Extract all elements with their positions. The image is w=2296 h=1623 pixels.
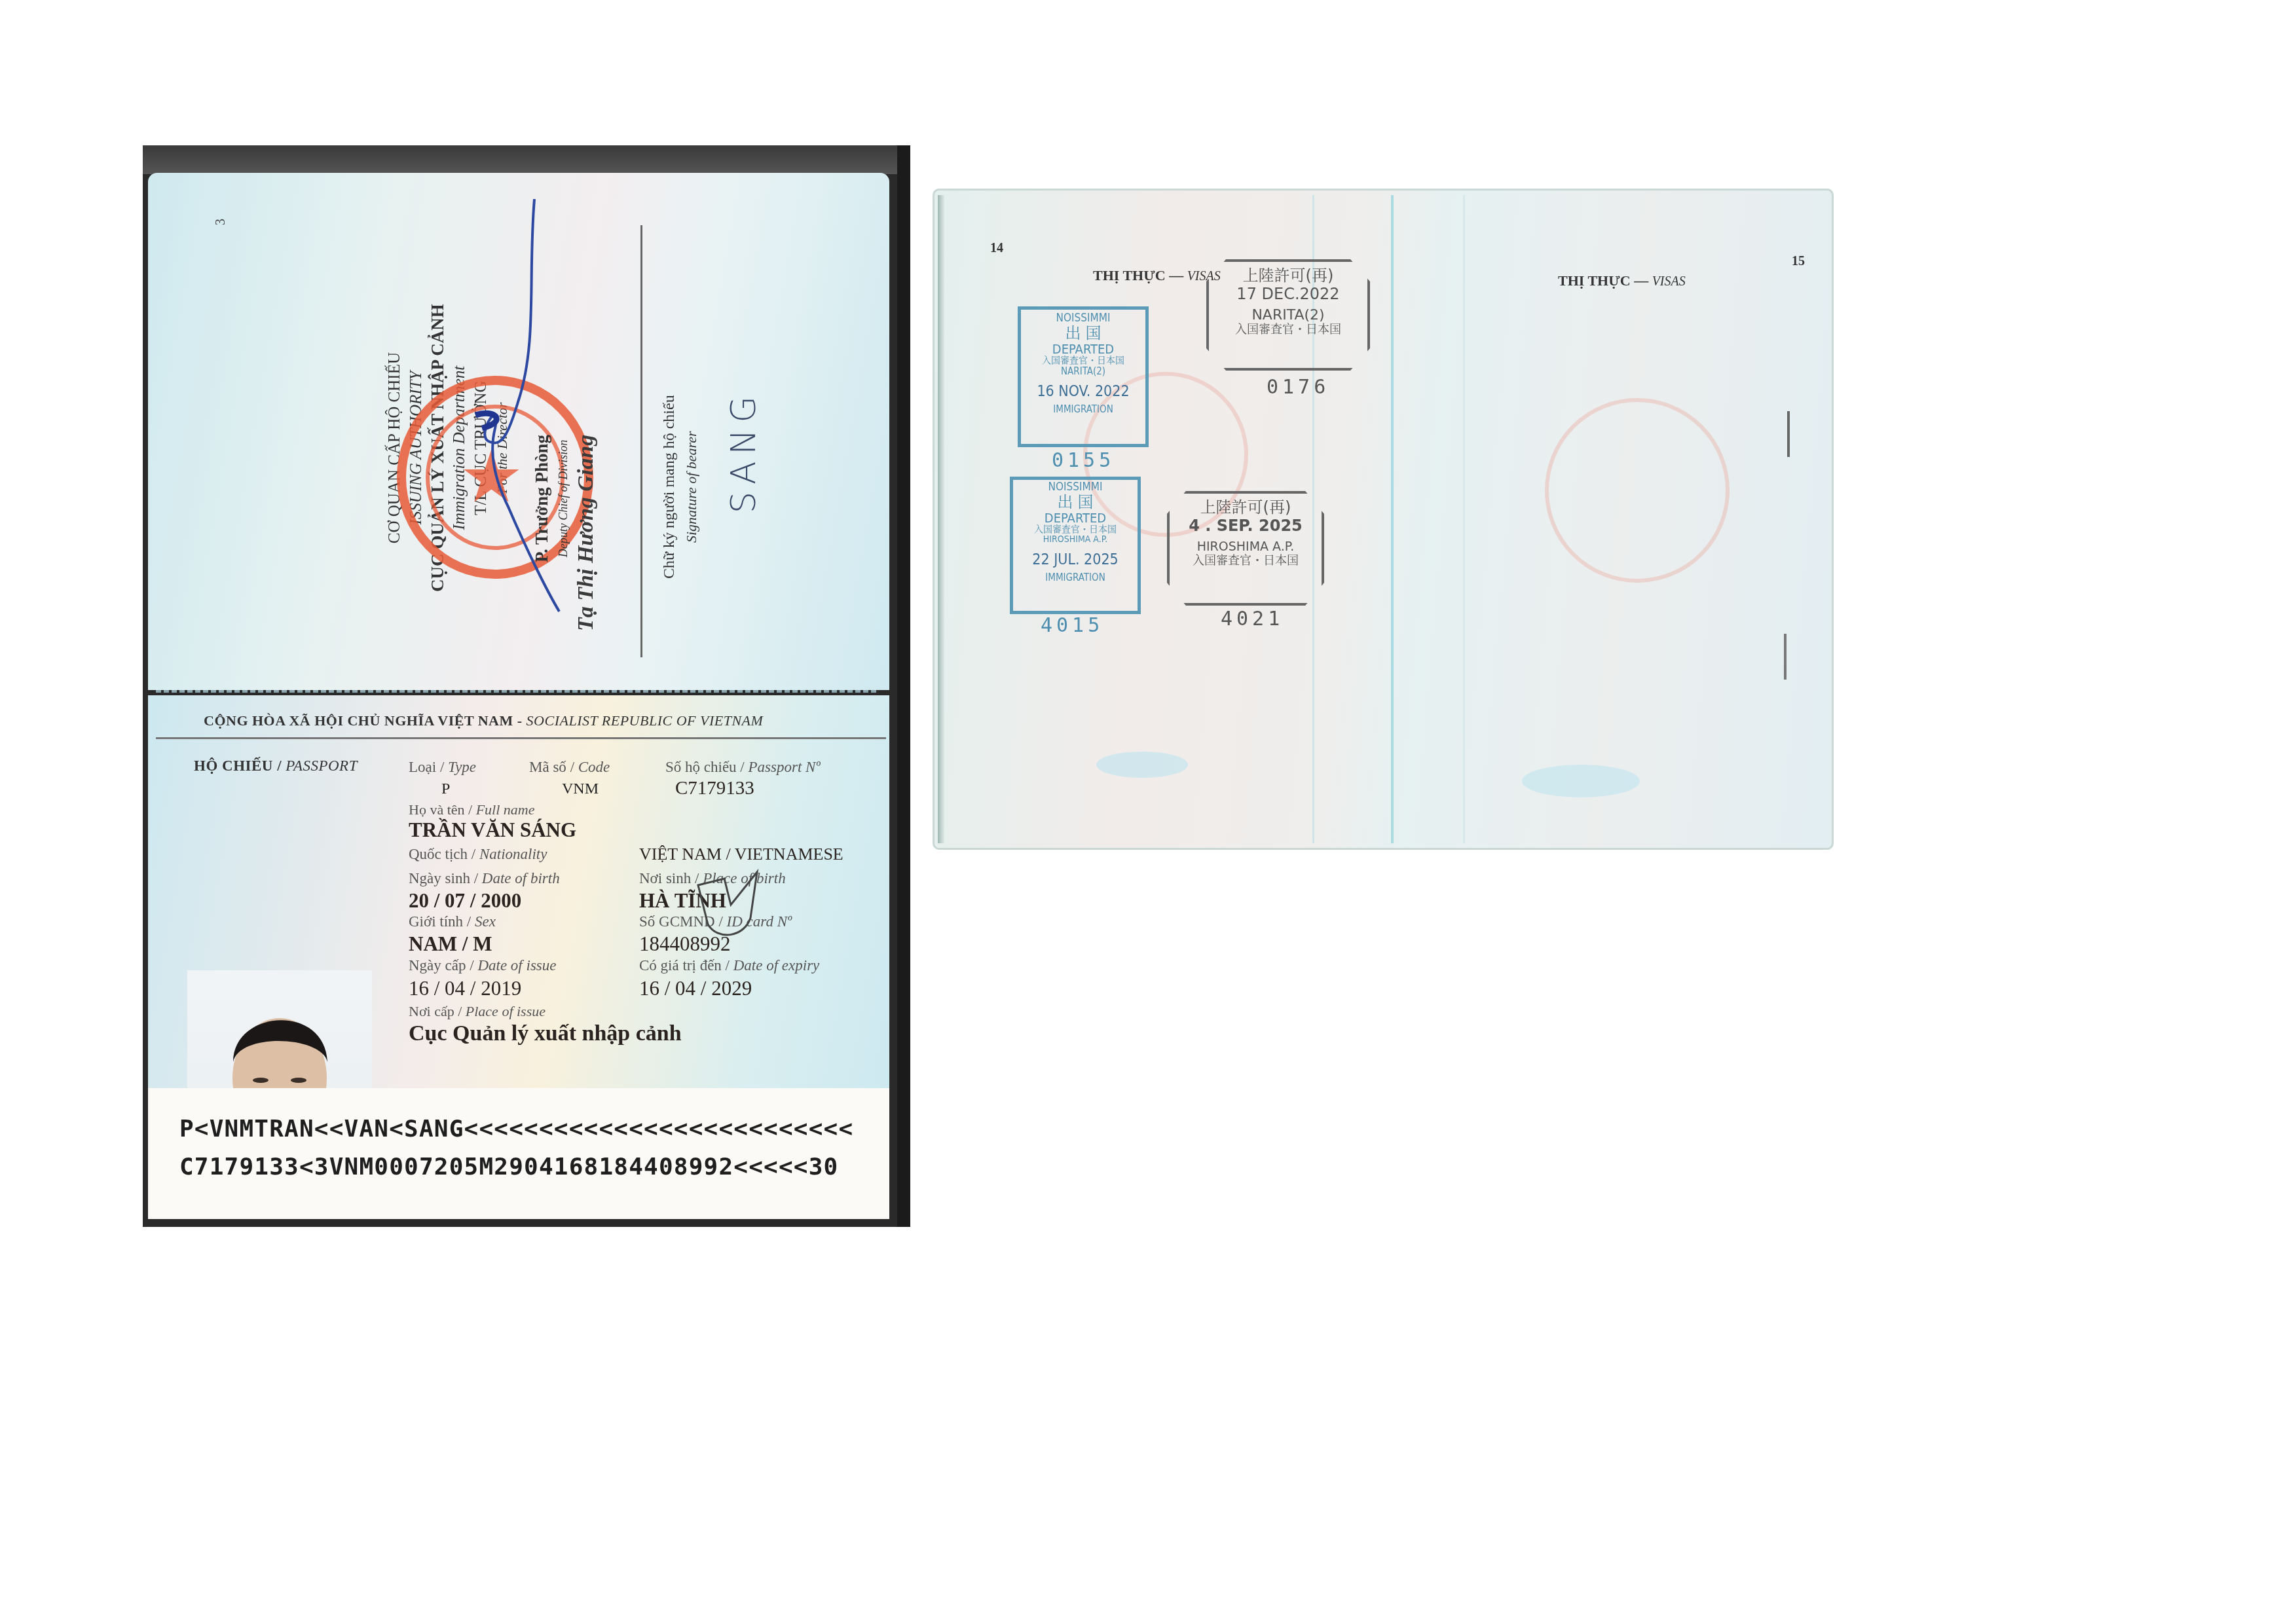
passport-no-label: Số hộ chiếu / Passport Nº [665,759,821,776]
page-fold-line [1463,195,1465,843]
stamp-number: 0176 [1267,376,1329,399]
landing-permission-stamp-hiroshima: 上陸許可(再) 4 . SEP. 2025 HIROSHIMA A.P. 入国審… [1167,491,1324,606]
dove-watermark-icon [685,859,777,951]
bearer-signature: SANG [724,390,764,513]
landing-permission-stamp-narita: 上陸許可(再) 17 DEC.2022 NARITA(2) 入国審査官・日本国 [1206,259,1370,371]
type-value: P [441,780,450,798]
sex-label-en: Sex [475,913,496,930]
visa-title-vi: THỊ THỰC [1558,272,1631,289]
stamp-line: HIROSHIMA A.P. [1013,535,1138,545]
stamp-line: 入国審査官・日本国 [1021,356,1145,366]
country-header-en: SOCIALIST REPUBLIC OF VIETNAM [527,712,764,729]
expiry-date-label-vi: Có giá trị đến [639,957,722,974]
stamp-line: 入国審査官・日本国 [1209,323,1367,337]
stamp-line: 出 国 [1021,325,1145,342]
sex-label: Giới tính / Sex [409,913,496,930]
place-of-issue-label-en: Place of issue [466,1003,546,1019]
full-name-label-en: Full name [476,801,535,818]
place-of-issue: Cục Quản lý xuất nhập cảnh [409,1021,682,1046]
stamp-line: 入国審査官・日本国 [1013,525,1138,535]
perforation-line [156,690,876,693]
page-mark [1784,634,1787,680]
nationality-label-en: Nationality [479,846,547,862]
stamp-date: 16 NOV. 2022 [1021,384,1145,400]
stamp-line: HIROSHIMA A.P. [1170,540,1322,555]
code-label-en: Code [578,759,610,775]
code-label: Mã số / Code [529,759,610,776]
stamp-number: 0155 [1052,449,1115,472]
dob-label-vi: Ngày sinh [409,870,470,886]
date-of-birth: 20 / 07 / 2000 [409,889,521,913]
stamp-line: DEPARTED [1013,511,1138,525]
type-label-en: Type [448,759,476,775]
country-header-separator: - [513,712,527,729]
bearer-signature-label-vi: Chữ ký người mang hộ chiếu [659,395,680,579]
sex: NAM / M [409,932,492,956]
page-number: 3 [213,219,229,225]
passport-no-label-en: Passport Nº [749,759,821,775]
scan-top-edge [143,145,910,174]
visa-title-separator: — [1631,272,1652,289]
date-of-issue: 16 / 04 / 2019 [409,977,521,1000]
cloud-watermark [1522,765,1640,797]
header-rule [156,737,886,739]
national-emblem-watermark [1545,398,1730,583]
place-of-issue-label: Nơi cấp / Place of issue [409,1003,546,1020]
passport-number: C7179133 [675,778,754,799]
stamp-line: 入国審査官・日本国 [1170,555,1322,568]
stamp-line: NARITA(2) [1209,307,1367,323]
country-header-vi: CỘNG HÒA XÃ HỘI CHỦ NGHĨA VIỆT NAM [204,712,513,729]
expiry-date-label: Có giá trị đến / Date of expiry [639,957,819,974]
visa-title-vi: THỊ THỰC [1093,267,1166,283]
mrz-zone: P<VNMTRAN<<VAN<SANG<<<<<<<<<<<<<<<<<<<<<… [148,1088,889,1219]
passport-visa-pages-scan: 14 THỊ THỰC — VISAS NOISSIMMI 出 国 DEPART… [933,189,1834,850]
stamp-line: NARITA(2) [1021,366,1145,377]
visa-page-title-left: THỊ THỰC — VISAS [1093,267,1221,284]
mrz-line-2: C7179133<3VNM0007205M2904168184408992<<<… [179,1154,838,1180]
stamp-line: 上陸許可(再) [1170,499,1322,517]
visa-title-en: VISAS [1652,274,1686,289]
issue-date-label-vi: Ngày cấp [409,957,466,974]
full-name-label-vi: Họ và tên [409,801,465,818]
dob-label: Ngày sinh / Date of birth [409,870,560,887]
expiry-date-label-en: Date of expiry [733,957,820,974]
full-name: TRẦN VĂN SÁNG [409,818,576,842]
document-title-vi: HỘ CHIẾU [194,757,273,774]
stamp-number: 4015 [1041,614,1103,637]
stamp-date: 4 . SEP. 2025 [1170,517,1322,536]
signature-divider [640,225,642,657]
dob-label-en: Date of birth [482,870,560,886]
stamp-date: 22 JUL. 2025 [1013,552,1138,568]
type-label: Loại / Type [409,759,476,776]
stamp-line: IMMIGRATION [1021,404,1145,415]
page-edge [938,195,944,843]
code-label-vi: Mã số [529,759,566,775]
stamp-date: 17 DEC.2022 [1209,285,1367,304]
nationality-label-vi: Quốc tịch [409,846,468,862]
date-of-expiry: 16 / 04 / 2029 [639,977,752,1000]
official-signature [397,199,593,618]
nationality-label: Quốc tịch / Nationality [409,846,547,863]
stamp-line: NOISSIMMI [1021,312,1145,325]
page-mark [1787,411,1790,457]
code-value: VNM [562,780,599,798]
scan-right-edge [897,145,910,1227]
stamp-line: 出 国 [1013,494,1138,511]
stamp-number: 4021 [1221,608,1284,630]
passport-bio-scan: 3 CƠ QUAN CẤP HỘ CHIẾU ISSUING AUTHORITY… [143,145,910,1227]
full-name-label: Họ và tên / Full name [409,801,534,818]
place-of-issue-label-vi: Nơi cấp [409,1003,454,1019]
cloud-watermark [1096,752,1188,778]
passport-no-label-vi: Số hộ chiếu [665,759,737,775]
issue-date-label-en: Date of issue [477,957,556,974]
bearer-signature-label: Chữ ký người mang hộ chiếu Signature of … [659,395,702,579]
stamp-line: DEPARTED [1021,342,1145,356]
sex-label-vi: Giới tính [409,913,463,930]
authority-page: 3 CƠ QUAN CẤP HỘ CHIẾU ISSUING AUTHORITY… [148,173,889,690]
page-number-14: 14 [990,241,1003,256]
departure-stamp-narita: NOISSIMMI 出 国 DEPARTED 入国審査官・日本国 NARITA(… [1018,306,1149,447]
stamp-line: IMMIGRATION [1013,572,1138,583]
bearer-signature-label-en: Signature of bearer [680,395,702,579]
visa-title-separator: — [1166,267,1187,283]
visa-page-title-right: THỊ THỰC — VISAS [1558,272,1686,289]
pob-label-vi: Nơi sinh [639,870,691,886]
stamp-line: 上陸許可(再) [1209,267,1367,285]
page-number-15: 15 [1792,254,1805,269]
type-label-vi: Loại [409,759,436,775]
issue-date-label: Ngày cấp / Date of issue [409,957,557,974]
departure-stamp-hiroshima: NOISSIMMI 出 国 DEPARTED 入国審査官・日本国 HIROSHI… [1010,477,1141,614]
mrz-line-1: P<VNMTRAN<<VAN<SANG<<<<<<<<<<<<<<<<<<<<<… [179,1116,853,1142]
country-header: CỘNG HÒA XÃ HỘI CHỦ NGHĨA VIỆT NAM - SOC… [204,712,763,729]
document-title-en: PASSPORT [286,757,358,774]
center-spine [1391,195,1394,843]
stamp-line: NOISSIMMI [1013,481,1138,494]
document-title: HỘ CHIẾU / PASSPORT [194,757,358,775]
